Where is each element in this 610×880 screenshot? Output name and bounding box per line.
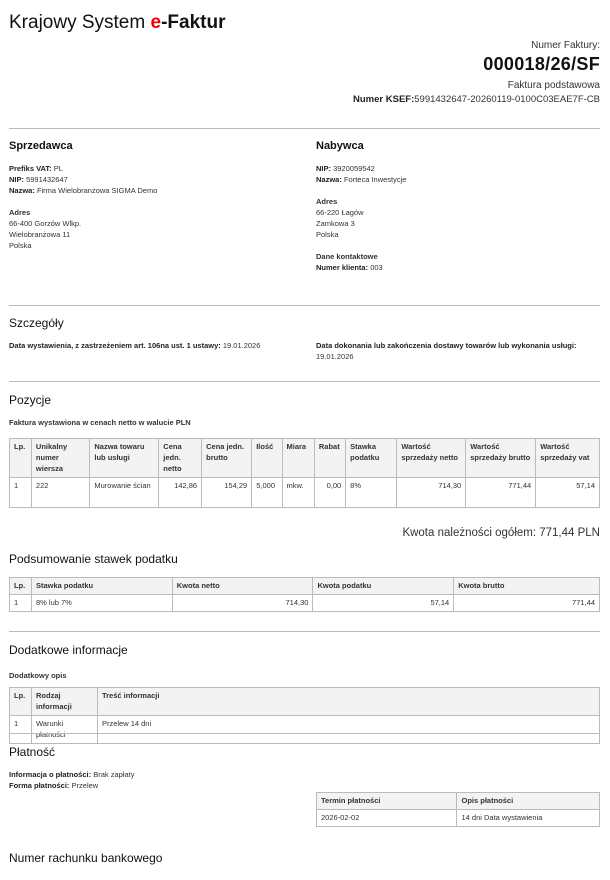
invoice-number: 000018/26/SF	[353, 54, 600, 75]
invoice-type: Faktura podstawowa	[353, 80, 600, 91]
ksef-number: Numer KSEF:5991432647-20260119-0100C03EA…	[353, 94, 600, 105]
cell: 714,30	[172, 595, 313, 612]
additional-subheading: Dodatkowy opis	[9, 670, 67, 681]
tax-summary-heading: Podsumowanie stawek podatku	[9, 552, 178, 566]
cell: Murowanie ścian	[90, 478, 159, 508]
cell: 1	[10, 595, 32, 612]
seller-address-line: Polska	[9, 240, 157, 251]
bank-heading: Numer rachunku bankowego	[9, 851, 162, 865]
payment-terms-table: Termin płatności Opis płatności 2026-02-…	[316, 792, 600, 827]
positions-header-row: Lp. Unikalny numer wiersza Nazwa towaru …	[10, 439, 600, 478]
col-header: Kwota brutto	[454, 578, 600, 595]
client-number-label: Numer klienta:	[316, 263, 368, 272]
cell: Warunki płatności	[31, 716, 97, 744]
payment-form-value: Przelew	[72, 781, 99, 790]
buyer-address-line: 66-220 Łagów	[316, 207, 406, 218]
buyer-address-line: Zamkowa 3	[316, 218, 406, 229]
table-row: 2026-02-02 14 dni Data wystawienia	[317, 810, 600, 827]
seller-heading: Sprzedawca	[9, 140, 73, 152]
col-header: Rodzaj informacji	[31, 688, 97, 716]
buyer-info: NIP: 3920059542 Nazwa: Forteca Inwestycj…	[316, 163, 406, 273]
cell: 0,00	[314, 478, 345, 508]
total-due: Kwota należności ogółem: 771,44 PLN	[402, 527, 600, 539]
buyer-name-label: Nazwa:	[316, 175, 342, 184]
delivery-date: Data dokonania lub zakończenia dostawy t…	[316, 340, 600, 362]
col-header: Stawka podatku	[346, 439, 397, 478]
seller-address-line: Wielobranżowa 11	[9, 229, 157, 240]
seller-nip: 5991432647	[26, 175, 68, 184]
col-header: Opis płatności	[457, 793, 600, 810]
col-header: Cena jedn. netto	[159, 439, 202, 478]
vat-prefix: PL	[54, 164, 63, 173]
seller-address-line: 66-400 Gorzów Wlkp.	[9, 218, 157, 229]
seller-name: Firma Wielobranżowa SIGMA Demo	[37, 186, 157, 195]
invoice-header: Numer Faktury: 000018/26/SF Faktura pods…	[353, 40, 600, 105]
divider	[9, 733, 600, 734]
buyer-name: Forteca Inwestycje	[344, 175, 407, 184]
cell: 142,86	[159, 478, 202, 508]
col-header: Lp.	[10, 688, 32, 716]
table-row: 1 8% lub 7% 714,30 57,14 771,44	[10, 595, 600, 612]
col-header: Ilość	[252, 439, 282, 478]
seller-nip-label: NIP:	[9, 175, 24, 184]
app-title: Krajowy System e-Faktur	[9, 12, 225, 34]
cell: 714,30	[397, 478, 466, 508]
invoice-number-label: Numer Faktury:	[353, 40, 600, 51]
col-header: Lp.	[10, 439, 32, 478]
buyer-heading: Nabywca	[316, 140, 364, 152]
payment-info-value: Brak zapłaty	[93, 770, 134, 779]
divider	[9, 381, 600, 382]
cell: 771,44	[466, 478, 536, 508]
title-faktur: -Faktur	[161, 12, 225, 33]
issue-date: Data wystawienia, z zastrzeżeniem art. 1…	[9, 340, 299, 351]
col-header: Kwota netto	[172, 578, 313, 595]
cell: 57,14	[313, 595, 454, 612]
cell: 5,000	[252, 478, 282, 508]
divider	[9, 631, 600, 632]
delivery-date-value: 19.01.2026	[316, 352, 354, 361]
cell: 14 dni Data wystawienia	[457, 810, 600, 827]
title-text: Krajowy System	[9, 12, 150, 33]
cell: Przelew 14 dni	[97, 716, 599, 744]
cell: 2026-02-02	[317, 810, 457, 827]
col-header: Miara	[282, 439, 314, 478]
col-header: Rabat	[314, 439, 345, 478]
divider	[9, 305, 600, 306]
buyer-nip-label: NIP:	[316, 164, 331, 173]
col-header: Wartość sprzedaży netto	[397, 439, 466, 478]
table-row: 1 Warunki płatności Przelew 14 dni	[10, 716, 600, 744]
ksef-label: Numer KSEF:	[353, 94, 414, 105]
seller-name-label: Nazwa:	[9, 186, 35, 195]
additional-table: Lp. Rodzaj informacji Treść informacji 1…	[9, 687, 600, 744]
col-header: Unikalny numer wiersza	[31, 439, 89, 478]
positions-heading: Pozycje	[9, 393, 51, 407]
title-e-accent: e	[150, 12, 161, 33]
cell: 771,44	[454, 595, 600, 612]
col-header: Stawka podatku	[31, 578, 172, 595]
details-heading: Szczegóły	[9, 316, 64, 330]
divider	[9, 128, 600, 129]
cell: mkw.	[282, 478, 314, 508]
payment-form-label: Forma płatności:	[9, 781, 69, 790]
col-header: Wartość sprzedaży brutto	[466, 439, 536, 478]
cell: 57,14	[536, 478, 600, 508]
vat-prefix-label: Prefiks VAT:	[9, 164, 52, 173]
col-header: Cena jedn. brutto	[202, 439, 252, 478]
cell: 8%	[346, 478, 397, 508]
issue-date-label: Data wystawienia, z zastrzeżeniem art. 1…	[9, 341, 221, 350]
additional-header-row: Lp. Rodzaj informacji Treść informacji	[10, 688, 600, 716]
positions-note: Faktura wystawiona w cenach netto w walu…	[9, 417, 191, 428]
issue-date-value: 19.01.2026	[223, 341, 261, 350]
table-row: 1 222 Murowanie ścian 142,86 154,29 5,00…	[10, 478, 600, 508]
payment-info-label: Informacja o płatności:	[9, 770, 91, 779]
cell: 222	[31, 478, 89, 508]
delivery-date-label: Data dokonania lub zakończenia dostawy t…	[316, 341, 576, 350]
seller-address-label: Adres	[9, 207, 157, 218]
col-header: Termin płatności	[317, 793, 457, 810]
buyer-address-line: Polska	[316, 229, 406, 240]
buyer-address-label: Adres	[316, 196, 406, 207]
positions-table: Lp. Unikalny numer wiersza Nazwa towaru …	[9, 438, 600, 508]
payment-header-row: Termin płatności Opis płatności	[317, 793, 600, 810]
cell: 1	[10, 716, 32, 744]
client-number: 003	[370, 263, 383, 272]
tax-header-row: Lp. Stawka podatku Kwota netto Kwota pod…	[10, 578, 600, 595]
col-header: Treść informacji	[97, 688, 599, 716]
cell: 154,29	[202, 478, 252, 508]
total-label: Kwota należności ogółem:	[402, 527, 536, 539]
seller-info: Prefiks VAT: PL NIP: 5991432647 Nazwa: F…	[9, 163, 157, 251]
total-value: 771,44 PLN	[539, 527, 600, 539]
payment-info: Informacja o płatności: Brak zapłaty For…	[9, 769, 134, 791]
tax-summary-table: Lp. Stawka podatku Kwota netto Kwota pod…	[9, 577, 600, 612]
cell: 8% lub 7%	[31, 595, 172, 612]
col-header: Kwota podatku	[313, 578, 454, 595]
col-header: Lp.	[10, 578, 32, 595]
col-header: Wartość sprzedaży vat	[536, 439, 600, 478]
additional-heading: Dodatkowe informacje	[9, 643, 128, 657]
ksef-value: 5991432647-20260119-0100C03EAE7F-CB	[414, 94, 600, 105]
payment-heading: Płatność	[9, 745, 55, 759]
buyer-nip: 3920059542	[333, 164, 375, 173]
col-header: Nazwa towaru lub usługi	[90, 439, 159, 478]
contact-label: Dane kontaktowe	[316, 251, 406, 262]
cell: 1	[10, 478, 32, 508]
